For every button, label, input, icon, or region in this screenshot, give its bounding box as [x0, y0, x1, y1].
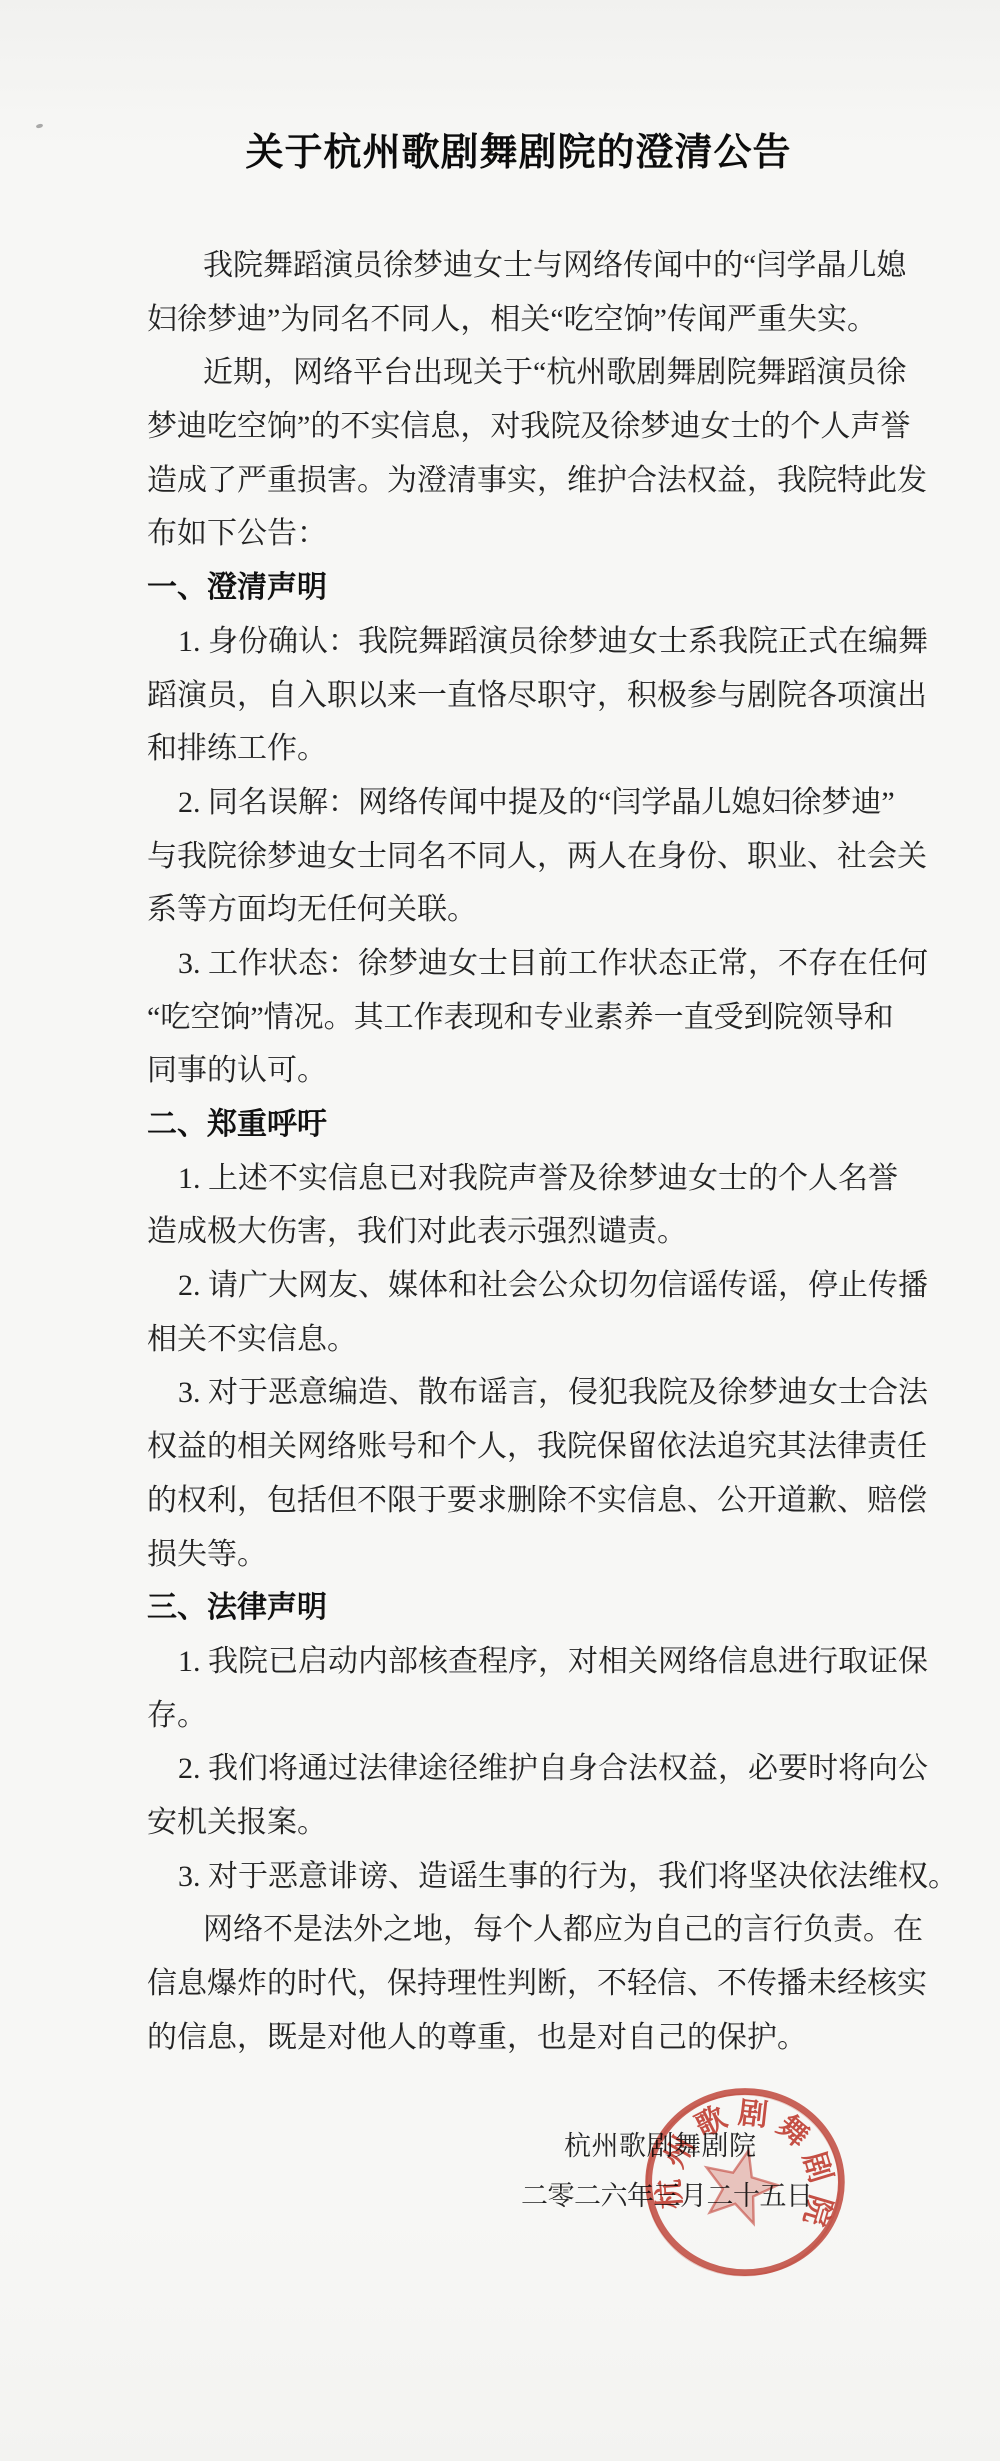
- text-line: 3. 工作状态：徐梦迪女士目前工作状态正常，不存在任何: [147, 937, 890, 991]
- text-line: 1. 身份确认：我院舞蹈演员徐梦迪女士系我院正式在编舞: [147, 615, 890, 669]
- text-line: 和排练工作。: [147, 722, 890, 776]
- text-line: 蹈演员，自入职以来一直恪尽职守，积极参与剧院各项演出: [147, 669, 890, 723]
- paper-speck: [36, 123, 44, 129]
- text-line: 相关不实信息。: [147, 1313, 890, 1367]
- text-line: 近期，网络平台出现关于“杭州歌剧舞剧院舞蹈演员徐: [147, 346, 890, 400]
- text-line: 信息爆炸的时代，保持理性判断，不轻信、不传播未经核实: [147, 1957, 890, 2011]
- text-line: 我院舞蹈演员徐梦迪女士与网络传闻中的“闫学晶儿媳: [147, 239, 890, 293]
- seal-star-icon: [696, 2142, 784, 2227]
- text-line: 2. 同名误解：网络传闻中提及的“闫学晶儿媳妇徐梦迪”: [147, 776, 890, 830]
- official-seal: 杭州歌剧舞剧院: [637, 2078, 853, 2290]
- section-heading: 三、法律声明: [147, 1581, 890, 1635]
- text-line: 的信息，既是对他人的尊重，也是对自己的保护。: [147, 2011, 890, 2065]
- document-page: 关于杭州歌剧舞剧院的澄清公告 我院舞蹈演员徐梦迪女士与网络传闻中的“闫学晶儿媳妇…: [0, 0, 1000, 2461]
- text-line: 造成极大伤害，我们对此表示强烈谴责。: [147, 1205, 890, 1259]
- text-line: 2. 请广大网友、媒体和社会公众切勿信谣传谣，停止传播: [147, 1259, 890, 1313]
- section-heading: 二、郑重呼吁: [147, 1098, 890, 1152]
- text-line: 1. 我院已启动内部核查程序，对相关网络信息进行取证保: [147, 1635, 890, 1689]
- text-line: 与我院徐梦迪女士同名不同人，两人在身份、职业、社会关: [147, 830, 890, 884]
- text-line: 同事的认可。: [147, 1044, 890, 1098]
- text-line: 存。: [147, 1689, 890, 1743]
- text-line: 3. 对于恶意诽谤、造谣生事的行为，我们将坚决依法维权。: [147, 1850, 890, 1904]
- text-line: 造成了严重损害。为澄清事实，维护合法权益，我院特此发: [147, 454, 890, 508]
- document-body: 我院舞蹈演员徐梦迪女士与网络传闻中的“闫学晶儿媳妇徐梦迪”为同名不同人，相关“吃…: [147, 239, 890, 2064]
- text-line: 梦迪吃空饷”的不实信息，对我院及徐梦迪女士的个人声誉: [147, 400, 890, 454]
- text-line: 系等方面均无任何关联。: [147, 883, 890, 937]
- text-line: 网络不是法外之地，每个人都应为自己的言行负责。在: [147, 1903, 890, 1957]
- text-line: 布如下公告：: [147, 507, 890, 561]
- text-line: 安机关报案。: [147, 1796, 890, 1850]
- page-title: 关于杭州歌剧舞剧院的澄清公告: [147, 130, 890, 176]
- text-line: 3. 对于恶意编造、散布谣言，侵犯我院及徐梦迪女士合法: [147, 1366, 890, 1420]
- text-line: 的权利，包括但不限于要求删除不实信息、公开道歉、赔偿: [147, 1474, 890, 1528]
- text-line: 妇徐梦迪”为同名不同人，相关“吃空饷”传闻严重失实。: [147, 293, 890, 347]
- text-line: 1. 上述不实信息已对我院声誉及徐梦迪女士的个人名誉: [147, 1152, 890, 1206]
- text-line: “吃空饷”情况。其工作表现和专业素养一直受到院领导和: [147, 991, 890, 1045]
- text-line: 权益的相关网络账号和个人，我院保留依法追究其法律责任: [147, 1420, 890, 1474]
- section-heading: 一、澄清声明: [147, 561, 890, 615]
- text-line: 损失等。: [147, 1528, 890, 1582]
- text-line: 2. 我们将通过法律途径维护自身合法权益，必要时将向公: [147, 1742, 890, 1796]
